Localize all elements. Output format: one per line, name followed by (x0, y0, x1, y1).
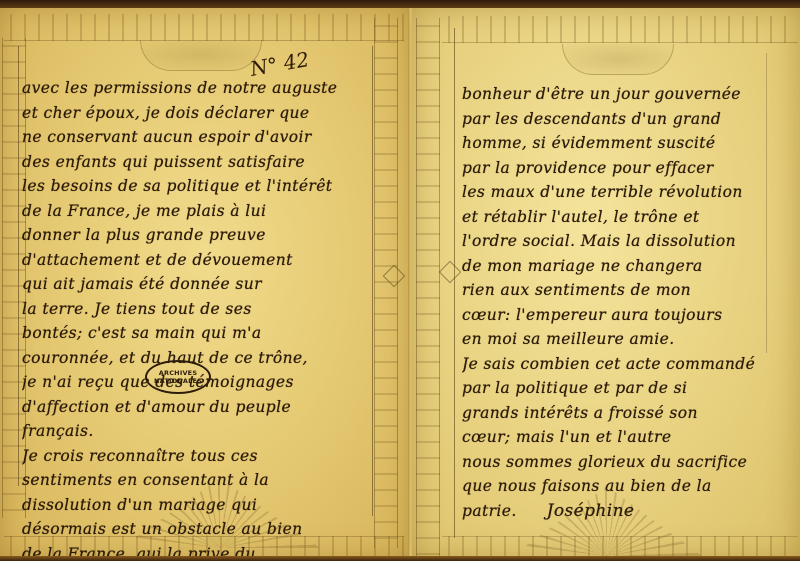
top-ornamental-border (442, 16, 798, 43)
text-line: avec les permissions de notre auguste (22, 76, 374, 101)
stamp-line-2: NATIONALES (154, 377, 202, 385)
photo-frame-bottom (0, 556, 800, 561)
text-line: cœur: l'empereur aura toujours (462, 303, 798, 328)
text-line: d'affection et d'amour du peuple (22, 395, 374, 420)
text-line: et rétablir l'autel, le trône et (462, 205, 798, 230)
margin-rule (454, 28, 455, 538)
right-page-text: bonheur d'être un jour gouvernée par les… (462, 82, 798, 523)
text-line: bontés; c'est sa main qui m'a (22, 321, 374, 346)
text-line: d'attachement et de dévouement (22, 248, 374, 273)
text-line: Je crois reconnaître tous ces (22, 444, 374, 469)
closing-line: patrie. Joséphine (462, 499, 798, 524)
top-ornamental-border (4, 14, 404, 41)
text-line: par la providence pour effacer (462, 156, 798, 181)
text-line: homme, si évidemment suscité (462, 131, 798, 156)
header-cartouche-ornament (562, 44, 674, 75)
text-line: désormais est un obstacle au bien (22, 517, 374, 542)
text-line: de mon mariage ne changera (462, 254, 798, 279)
text-line: par la politique et par de si (462, 376, 798, 401)
left-page-text: avec les permissions de notre auguste et… (22, 76, 374, 561)
text-line: la terre. Je tiens tout de ses (22, 297, 374, 322)
text-line: de la France, je me plais à lui (22, 199, 374, 224)
text-line: des enfants qui puissent satisfaire (22, 150, 374, 175)
text-line: bonheur d'être un jour gouvernée (462, 82, 798, 107)
archives-nationales-stamp: ARCHIVES NATIONALES (145, 360, 211, 394)
header-cartouche-ornament (140, 40, 262, 71)
closing-text: patrie. (462, 499, 517, 524)
text-line: ne conservant aucun espoir d'avoir (22, 125, 374, 150)
text-line: l'ordre social. Mais la dissolution (462, 229, 798, 254)
text-line: les besoins de sa politique et l'intérêt (22, 174, 374, 199)
stamp-line-1: ARCHIVES (159, 369, 197, 377)
left-ornamental-column (416, 18, 440, 558)
text-line: dissolution d'un mariage qui (22, 493, 374, 518)
text-line: rien aux sentiments de mon (462, 278, 798, 303)
text-line: cœur; mais l'un et l'autre (462, 425, 798, 450)
text-line: par les descendants d'un grand (462, 107, 798, 132)
text-line: donner la plus grande preuve (22, 223, 374, 248)
text-line: et cher époux, je dois déclarer que (22, 101, 374, 126)
text-line: que nous faisons au bien de la (462, 474, 798, 499)
text-line: français. (22, 419, 374, 444)
text-line: Je sais combien cet acte commandé (462, 352, 798, 377)
text-line: nous sommes glorieux du sacrifice (462, 450, 798, 475)
text-line: grands intérêts a froissé son (462, 401, 798, 426)
signature: Joséphine (547, 499, 635, 524)
text-line: qui ait jamais été donnée sur (22, 272, 374, 297)
diamond-ornament (439, 261, 462, 284)
text-line: sentiments en consentant à la (22, 468, 374, 493)
margin-rule (18, 46, 19, 486)
text-line: en moi sa meilleure amie. (462, 327, 798, 352)
text-line: les maux d'une terrible révolution (462, 180, 798, 205)
